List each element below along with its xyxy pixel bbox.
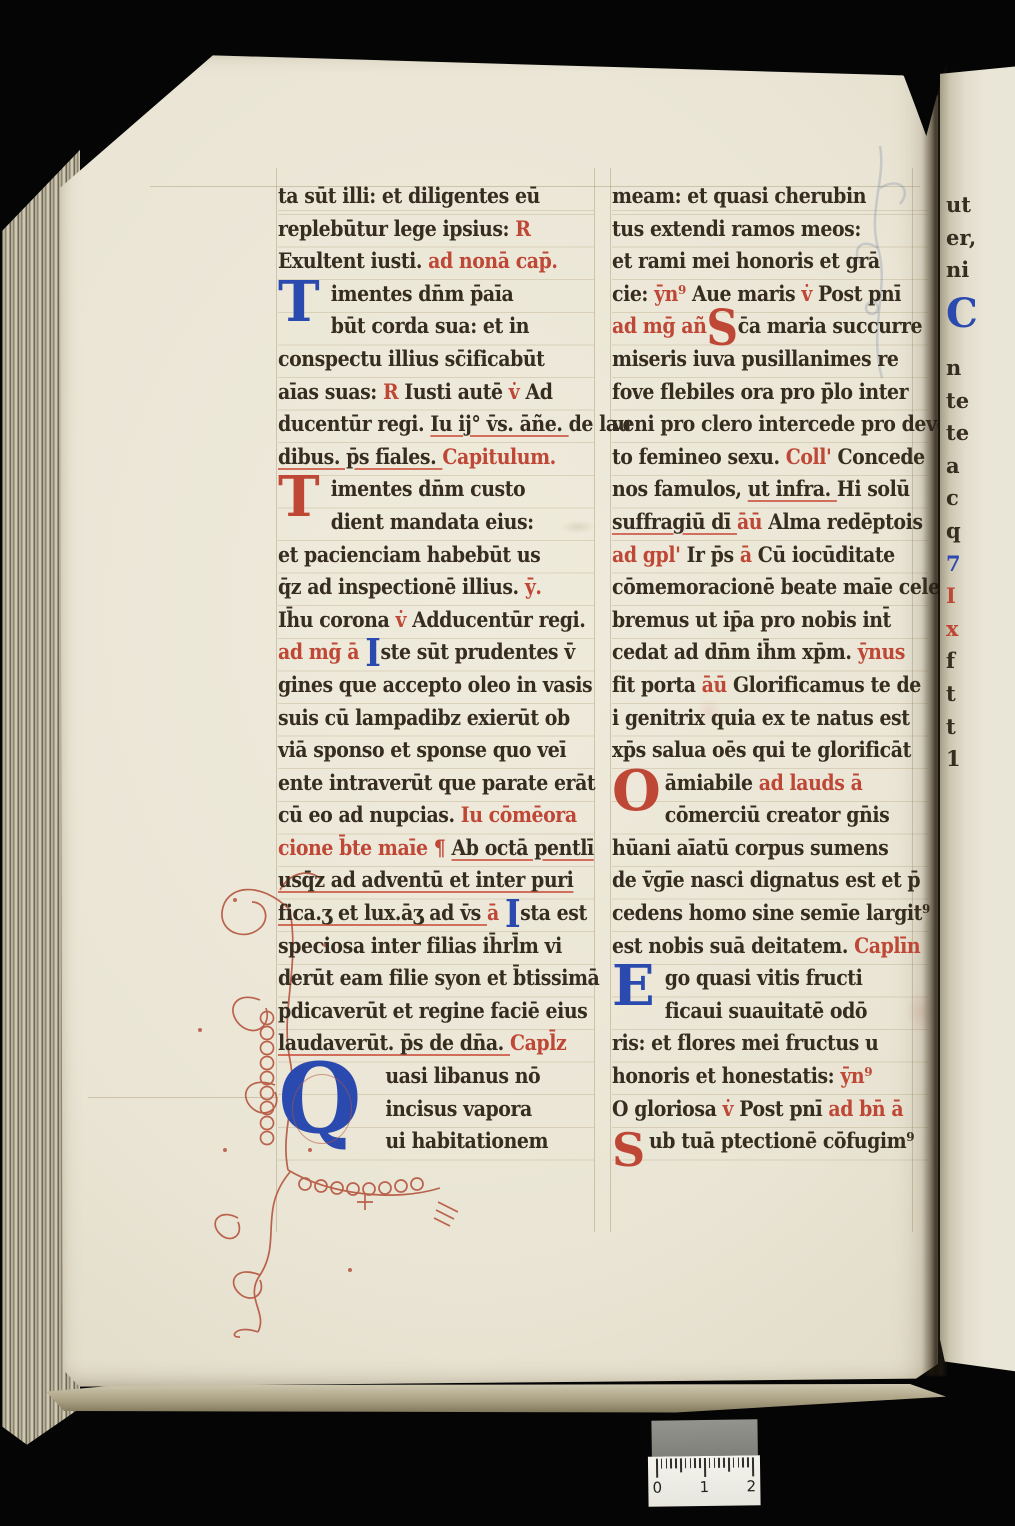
ruler-tick [656, 1459, 658, 1478]
text-segment: ste sūt prudentes v̄ [380, 640, 574, 665]
text-line: q̄z ad inspectionē illius. ȳ. [278, 575, 594, 608]
text-segment: usq̄z ad adventū et inter puri [278, 868, 573, 893]
fragment-line: f [946, 648, 978, 681]
text-segment: viā sponso et sponse quo veī [278, 738, 566, 763]
text-line: et pacienciam habebūt us [278, 543, 594, 576]
text-segment: Post pnī [818, 282, 901, 307]
text-segment: Capitulum. [442, 445, 555, 470]
text-segment: āmiabile [665, 771, 759, 796]
text-line: bremus ut ip̄a pro nobis int̄ [612, 608, 928, 641]
ruler-tick [675, 1458, 677, 1468]
ruler-tick [709, 1458, 711, 1468]
text-segment: imentes dn̄m p̄aīa [331, 282, 514, 307]
text-line: fica.ʒ et lux.āʒ ad v̄s ā Ista est [278, 901, 594, 934]
text-segment: cū eo ad nupcias. [278, 803, 461, 828]
text-segment: ad mḡ añ [612, 314, 706, 339]
ruler-tick [704, 1458, 706, 1477]
text-segment: ta sūt illi: et diligentes eū [278, 184, 540, 209]
text-segment: ā [487, 901, 505, 926]
text-line: tus extendi ramos meos: [612, 217, 928, 250]
text-line: ficaui suauitatē odō [612, 999, 928, 1032]
text-segment: nos famulos, [612, 477, 748, 502]
text-segment: ub tuā ptectionē cōfugim⁹ [649, 1129, 914, 1154]
text-segment: cione b̄te maīe [278, 836, 434, 861]
text-line: derūt eam filie syon et b̄tissimā [278, 966, 594, 999]
text-segment: ad bn̄ ā [828, 1097, 903, 1122]
text-segment: ȳ. [525, 575, 542, 600]
text-line: ente intraverūt que parate erāt [278, 771, 594, 804]
text-segment: fove flebiles ora pro p̄lo inter [612, 380, 908, 405]
text-segment: tus extendi ramos meos: [612, 217, 861, 242]
text-line: meam: et quasi cherubin [612, 184, 928, 217]
ruler-label-2: 2 [746, 1477, 756, 1495]
text-line: ducentūr regi. Iu ij° v̄s. āñe. de lau [278, 412, 594, 445]
fragment-line: ni [946, 257, 978, 290]
facing-page-text-fragments: uter,niCnteteacq7Ixftt1 [946, 192, 978, 779]
text-segment: ȳn⁹ [654, 282, 692, 307]
text-line: i genitrix quia ex te natus est [612, 706, 928, 739]
text-line: suis cū lampadibz exierūt ob [278, 706, 594, 739]
text-line: ui habitationem [278, 1129, 594, 1162]
fragment-line: C [946, 290, 978, 323]
text-segment: Ih̄u corona [278, 608, 395, 633]
text-line: Oāmiabile ad lauds ā [612, 771, 928, 804]
fragment-line: er, [946, 225, 978, 258]
text-segment: hūani aīatū corpus sumens [612, 836, 888, 861]
text-line: gines que accepto oleo in vasis [278, 673, 594, 706]
text-segment: honoris et honestatis: [612, 1064, 840, 1089]
text-segment: fica.ʒ et lux.āʒ ad v̄s [278, 901, 487, 926]
text-segment: āū [702, 673, 733, 698]
ruler-labels: 0 1 2 [656, 1477, 752, 1502]
text-line: miseris iuva pusillanimes re [612, 347, 928, 380]
text-segment: bremus ut ip̄a pro nobis int̄ [612, 608, 891, 633]
text-segment: cōmemoracionē beate maīe cele [612, 575, 940, 600]
text-segment: ui habitationem [385, 1129, 548, 1154]
text-line: Ego quasi vitis fructi [612, 966, 928, 999]
text-line: cedens homo sine semīe largit⁹ [612, 901, 928, 934]
text-segment: imentes dn̄m custo [331, 477, 525, 502]
text-segment: ȳn⁹ [840, 1064, 872, 1089]
text-segment: to femineo sexu. [612, 445, 786, 470]
text-segment: miseris iuva pusillanimes re [612, 347, 898, 372]
text-segment: ducentūr regi. [278, 412, 430, 437]
text-line: aīas suas: R Iusti autē v̇ Ad [278, 380, 594, 413]
text-segment: ad gpl' [612, 543, 687, 568]
text-line: ta sūt illi: et diligentes eū [278, 184, 594, 217]
text-line: Exultent iusti. ad nonā cap̄. [278, 249, 594, 282]
text-segment: veni pro clero intercede pro devo [612, 412, 949, 437]
ruler-tick [699, 1458, 701, 1468]
ruler-label-1: 1 [699, 1478, 709, 1496]
text-segment: aīas suas: [278, 380, 383, 405]
text-segment: fit porta [612, 673, 702, 698]
text-segment: ficaui suauitatē odō [665, 999, 867, 1024]
text-segment: ut infra. [748, 477, 837, 502]
text-line: cōmemoracionē beate maīe cele [612, 575, 928, 608]
text-segment: ad nonā cap̄. [428, 249, 557, 274]
text-segment: cie: [612, 282, 654, 307]
text-segment: Capl̄z [510, 1031, 566, 1056]
fragment-line: 1 [946, 746, 978, 779]
text-line: to femineo sexu. Coll' Concede [612, 445, 928, 478]
text-line: Quasi libanus nō [278, 1064, 594, 1097]
ruling-line-col-right-a [610, 168, 611, 1232]
text-line: ris: et flores mei fructus u [612, 1031, 928, 1064]
text-segment: Glorificamus te de [733, 673, 921, 698]
text-segment: replebūtur lege ipsius: [278, 217, 515, 242]
text-line: fove flebiles ora pro p̄lo inter [612, 380, 928, 413]
ruler-gray-bar [651, 1419, 757, 1456]
text-segment: ¶ [434, 836, 452, 861]
text-segment: Ab octā pentlī [452, 836, 594, 861]
text-segment: c̄a maria succurre [738, 314, 922, 339]
text-line: Timentes dn̄m p̄aīa [278, 282, 594, 315]
text-segment: Hi solū [837, 477, 910, 502]
text-line: cie: ȳn⁹ Aue maris v̇ Post pnī [612, 282, 928, 315]
photo-black-backdrop: { "colors": { "background": "#050505", "… [0, 0, 1015, 1526]
text-segment: Caplīn [854, 934, 920, 959]
text-segment: ente intraverūt que parate erāt [278, 771, 595, 796]
text-segment: O gloriosa [612, 1097, 723, 1122]
text-segment: i genitrix quia ex te natus est [612, 706, 910, 731]
text-line: būt corda sua: et in [278, 314, 594, 347]
text-segment: v̇ [509, 380, 526, 405]
text-segment: de v̄gīe nasci dignatus est et p̄ [612, 868, 920, 893]
fragment-line: x [946, 616, 978, 649]
text-segment: v̇ [801, 282, 818, 307]
text-segment: Iusti autē [404, 380, 508, 405]
text-line: fit porta āū Glorificamus te de [612, 673, 928, 706]
scale-ruler: 0 1 2 [647, 1419, 764, 1507]
text-segment: Cū iocūditate [758, 543, 895, 568]
fragment-line: q [946, 518, 978, 551]
ruler-tick [747, 1457, 749, 1467]
text-segment: uasi libanus nō [385, 1064, 540, 1089]
text-segment: āū [737, 510, 768, 535]
text-segment: ā [740, 543, 758, 568]
ruler-tick [666, 1459, 668, 1469]
text-segment: meam: et quasi cherubin [612, 184, 866, 209]
text-line: veni pro clero intercede pro devo [612, 412, 928, 445]
text-segment: Coll' [786, 445, 838, 470]
text-line: et rami mei honoris et grā [612, 249, 928, 282]
text-line: honoris et honestatis: ȳn⁹ [612, 1064, 928, 1097]
text-line: Sub tuā ptectionē cōfugim⁹ [612, 1129, 928, 1162]
parchment-stain [696, 698, 722, 724]
ruler-tick [738, 1458, 740, 1468]
text-segment: ad mḡ ā [278, 640, 365, 665]
text-line: Timentes dn̄m custo [278, 477, 594, 510]
text-segment: I [505, 891, 520, 936]
ruler-label-0: 0 [652, 1479, 662, 1497]
text-line: hūani aīatū corpus sumens [612, 836, 928, 869]
text-segment: Concede [838, 445, 925, 470]
ruler-tick [728, 1458, 730, 1472]
text-segment: derūt eam filie syon et b̄tissimā [278, 966, 599, 991]
text-line: cū eo ad nupcias. Iu cōmēora [278, 803, 594, 836]
text-line: Ih̄u corona v̇ Adducentūr regi. [278, 608, 594, 641]
text-line: p̄dicaverūt et regine faciē eius [278, 999, 594, 1032]
ruler-tick [680, 1458, 682, 1472]
text-segment: cōmerciū creator gn̄is [665, 803, 890, 828]
text-segment: gines que accepto oleo in vasis [278, 673, 592, 698]
fragment-line: ut [946, 192, 978, 225]
fragment-line: c [946, 485, 978, 518]
facing-page-edge: uter,niCnteteacq7Ixftt1 [940, 66, 1015, 1372]
text-segment: ȳnus [858, 640, 905, 665]
book-bottom-edges [46, 1384, 946, 1414]
text-line: cione b̄te maīe ¶ Ab octā pentlī [278, 836, 594, 869]
text-segment: R [383, 380, 404, 405]
ruler-tick [714, 1458, 716, 1468]
text-line: conspectu illius sc̄ificabūt [278, 347, 594, 380]
text-segment: R [515, 217, 530, 242]
text-segment: et pacienciam habebūt us [278, 543, 540, 568]
text-segment: incisus vapora [385, 1097, 531, 1122]
text-segment: cedat ad dn̄m ih̄m xp̄m. [612, 640, 858, 665]
text-segment: go quasi vitis fructi [665, 966, 863, 991]
text-segment: Ir p̄s [687, 543, 740, 568]
ruler-tick [718, 1458, 720, 1468]
text-line: ad mḡ ā Iste sūt prudentes v̄ [278, 640, 594, 673]
text-line: O gloriosa v̇ Post pnī ad bn̄ ā [612, 1097, 928, 1130]
fragment-line: t [946, 714, 978, 747]
text-line: speciosa inter filias ih̄rl̄m vi [278, 934, 594, 967]
ruler-tick [723, 1458, 725, 1468]
text-line: suffragiū dī āū Alma redēptois [612, 510, 928, 543]
text-segment: conspectu illius sc̄ificabūt [278, 347, 544, 372]
text-segment: būt corda sua: et in [331, 314, 529, 339]
text-line: dibus. p̄s fīales. Capitulum. [278, 445, 594, 478]
text-line: viā sponso et sponse quo veī [278, 738, 594, 771]
text-segment: ad lauds ā [759, 771, 863, 796]
text-line: est nobis suā deitatem. Caplīn [612, 934, 928, 967]
text-segment: et rami mei honoris et grā [612, 249, 880, 274]
text-segment: suffragiū dī [612, 510, 737, 535]
text-line: incisus vapora [278, 1097, 594, 1130]
text-segment: Post pnī [739, 1097, 828, 1122]
fragment-line: a [946, 453, 978, 486]
text-segment: v̇ [395, 608, 412, 633]
parchment-stain [560, 520, 596, 534]
fragment-line: t [946, 681, 978, 714]
text-line: de v̄gīe nasci dignatus est et p̄ [612, 868, 928, 901]
text-column-right: meam: et quasi cherubintus extendi ramos… [612, 184, 928, 1166]
text-line: dient mandata eius: [278, 510, 594, 543]
text-segment: v̇ [723, 1097, 740, 1122]
ruler-tick [694, 1458, 696, 1468]
text-line: ad gpl' Ir p̄s ā Cū iocūditate [612, 543, 928, 576]
fragment-line: 7 [946, 551, 978, 584]
text-line: ad mḡ añSc̄a maria succurre [612, 314, 928, 347]
fragment-line: n [946, 355, 978, 388]
ruler-tick [685, 1458, 687, 1468]
ruler-tick [733, 1458, 735, 1468]
text-line: cōmerciū creator gn̄is [612, 803, 928, 836]
ruler-tick-bar: 0 1 2 [648, 1455, 761, 1507]
text-line: usq̄z ad adventū et inter puri [278, 868, 594, 901]
ruler-tick [670, 1458, 672, 1468]
text-segment: p̄dicaverūt et regine faciē eius [278, 999, 587, 1024]
text-segment: I [365, 630, 380, 675]
text-line: cedat ad dn̄m ih̄m xp̄m. ȳnus [612, 640, 928, 673]
text-segment: q̄z ad inspectionē illius. [278, 575, 525, 600]
fragment-line: I [946, 583, 978, 616]
text-column-left: ta sūt illi: et diligentes eūreplebūtur … [278, 184, 594, 1166]
ruler-tick [752, 1457, 754, 1476]
fragment-line: te [946, 420, 978, 453]
text-line: replebūtur lege ipsius: R [278, 217, 594, 250]
text-segment: suis cū lampadibz exierūt ob [278, 706, 570, 731]
text-segment: Iu cōmēora [461, 803, 577, 828]
manuscript-page: ta sūt illi: et diligentes eūreplebūtur … [60, 50, 938, 1388]
fragment-line: te [946, 388, 978, 421]
text-segment: Alma redēptois [768, 510, 922, 535]
text-segment: Adducentūr regi. [412, 608, 585, 633]
text-segment: sta est [520, 901, 587, 926]
text-segment: cedens homo sine semīe largit⁹ [612, 901, 930, 926]
text-segment: dient mandata eius: [331, 510, 534, 535]
text-segment: ris: et flores mei fructus u [612, 1031, 878, 1056]
text-segment: Iu ij° v̄s. āñe. [430, 412, 568, 437]
ruler-tick [742, 1457, 744, 1467]
text-segment: Ad [525, 380, 552, 405]
text-segment: speciosa inter filias ih̄rl̄m vi [278, 934, 562, 959]
ruler-tick [690, 1458, 692, 1468]
text-line: nos famulos, ut infra. Hi solū [612, 477, 928, 510]
ruler-tick [661, 1459, 663, 1469]
ruling-line-col-left-b [594, 168, 595, 1232]
